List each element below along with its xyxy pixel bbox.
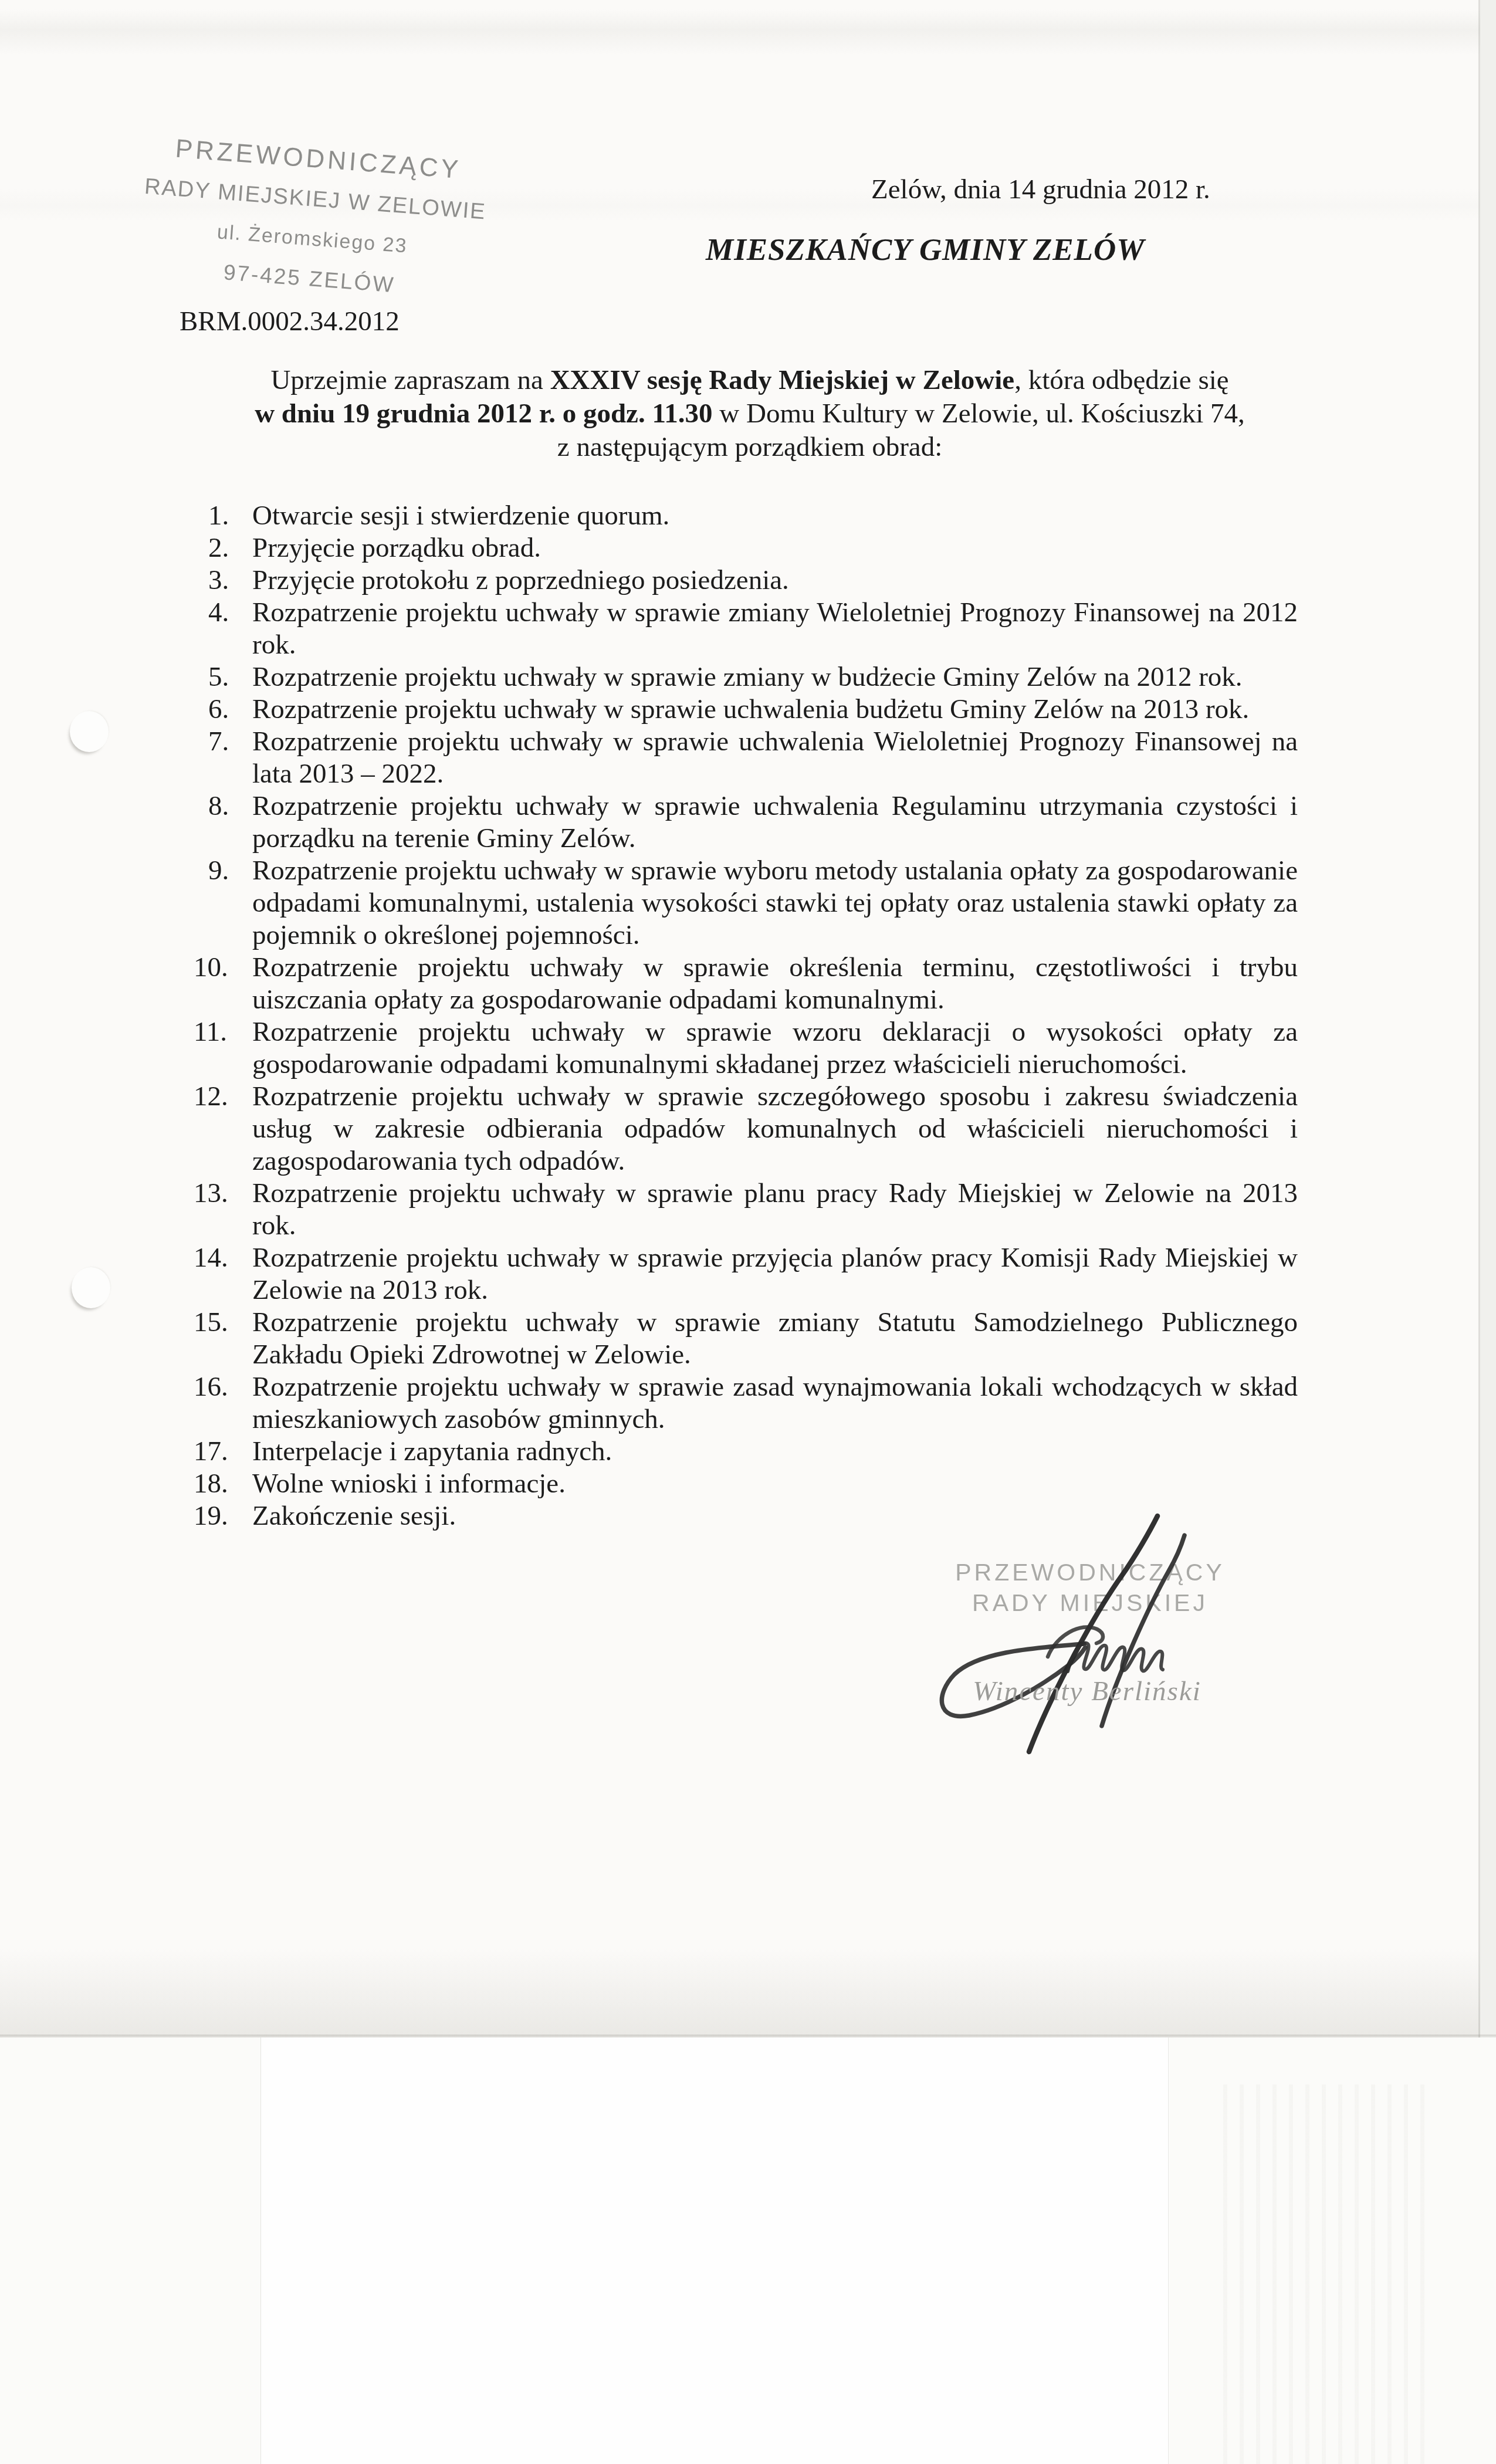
agenda-item-text: Przyjęcie protokołu z poprzedniego posie… — [252, 565, 789, 595]
agenda-item: 14.Rozpatrzenie projektu uchwały w spraw… — [194, 1242, 1298, 1307]
agenda-item-number: 15. — [194, 1307, 249, 1339]
addressee-title: MIESZKAŃCY GMINY ZELÓW — [706, 232, 1145, 268]
agenda-item-text: Interpelacje i zapytania radnych. — [252, 1436, 612, 1467]
agenda-item-number: 1. — [208, 500, 264, 532]
agenda-item-number: 14. — [194, 1242, 249, 1274]
agenda-item: 15.Rozpatrzenie projektu uchwały w spraw… — [194, 1307, 1298, 1371]
agenda-item: 18.Wolne wnioski i informacje. — [194, 1468, 1298, 1500]
agenda-item-text: Rozpatrzenie projektu uchwały w sprawie … — [252, 1081, 1298, 1176]
agenda-list: 1.Otwarcie sesji i stwierdzenie quorum.2… — [194, 500, 1298, 1532]
agenda-item: 13.Rozpatrzenie projektu uchwały w spraw… — [194, 1177, 1298, 1242]
intro-segment: Uprzejmie zapraszam na — [270, 365, 550, 395]
agenda-item-text: Zakończenie sesji. — [252, 1501, 456, 1531]
agenda-item: 16.Rozpatrzenie projektu uchwały w spraw… — [194, 1371, 1298, 1436]
handwritten-signature — [898, 1496, 1250, 1778]
intro-line: Uprzejmie zapraszam na XXXIV sesję Rady … — [204, 364, 1295, 397]
agenda-item-number: 10. — [194, 952, 249, 984]
intro-line: z następującym porządkiem obrad: — [204, 431, 1295, 464]
invitation-intro: Uprzejmie zapraszam na XXXIV sesję Rady … — [204, 364, 1295, 464]
agenda-item: 5.Rozpatrzenie projektu uchwały w sprawi… — [194, 661, 1298, 693]
agenda-item: 7.Rozpatrzenie projektu uchwały w sprawi… — [194, 726, 1298, 790]
agenda-item-number: 6. — [208, 693, 264, 726]
agenda-item-number: 17. — [194, 1436, 249, 1468]
agenda-item-text: Rozpatrzenie projektu uchwały w sprawie … — [252, 597, 1298, 660]
agenda-item-text: Otwarcie sesji i stwierdzenie quorum. — [252, 500, 669, 531]
scanner-background — [0, 2037, 1496, 2464]
agenda-item-number: 3. — [208, 564, 264, 597]
agenda-item: 2.Przyjęcie porządku obrad. — [194, 532, 1298, 564]
agenda-item-text: Rozpatrzenie projektu uchwały w sprawie … — [252, 1243, 1298, 1305]
agenda-item-text: Rozpatrzenie projektu uchwały w sprawie … — [252, 952, 1298, 1015]
intro-segment: z następującym porządkiem obrad: — [557, 432, 942, 462]
scan-noise-band-bottom — [0, 1948, 1496, 2037]
agenda-item-text: Wolne wnioski i informacje. — [252, 1468, 566, 1499]
scan-edge-line — [1478, 0, 1480, 2037]
hole-punch-mark — [72, 1267, 110, 1308]
agenda-item-text: Rozpatrzenie projektu uchwały w sprawie … — [252, 791, 1298, 854]
intro-bold-segment: w dniu 19 grudnia 2012 r. o godz. 11.30 — [255, 398, 712, 429]
underlying-sheet-edge — [260, 2037, 1169, 2464]
scanned-letter-page: PRZEWODNICZĄCYRADY MIEJSKIEJ W ZELOWIEul… — [0, 0, 1496, 2037]
sender-address-stamp: PRZEWODNICZĄCYRADY MIEJSKIEJ W ZELOWIEul… — [132, 127, 495, 312]
agenda-item-number: 13. — [194, 1177, 249, 1210]
intro-line: w dniu 19 grudnia 2012 r. o godz. 11.30 … — [204, 397, 1295, 431]
agenda-item-text: Rozpatrzenie projektu uchwały w sprawie … — [252, 694, 1249, 725]
agenda-item-text: Rozpatrzenie projektu uchwały w sprawie … — [252, 855, 1298, 950]
agenda-item-text: Rozpatrzenie projektu uchwały w sprawie … — [252, 662, 1243, 692]
agenda-item: 17.Interpelacje i zapytania radnych. — [194, 1436, 1298, 1468]
scan-edge-strip — [1480, 0, 1496, 2037]
date-line: Zelów, dnia 14 grudnia 2012 r. — [871, 174, 1210, 205]
agenda-item-number: 19. — [194, 1500, 249, 1532]
document-scan: { "header": { "date_line": "Zelów, dnia … — [0, 0, 1496, 2464]
agenda-item: 11.Rozpatrzenie projektu uchwały w spraw… — [194, 1016, 1298, 1081]
agenda-item-text: Rozpatrzenie projektu uchwały w sprawie … — [252, 1307, 1298, 1370]
hole-punch-mark — [70, 711, 109, 752]
scan-streaks — [1223, 2084, 1429, 2464]
agenda-item-text: Rozpatrzenie projektu uchwały w sprawie … — [252, 1372, 1298, 1434]
agenda-item-number: 5. — [208, 661, 264, 693]
agenda-item: 3.Przyjęcie protokołu z poprzedniego pos… — [194, 564, 1298, 597]
agenda-item: 8.Rozpatrzenie projektu uchwały w sprawi… — [194, 790, 1298, 855]
agenda-item-number: 9. — [208, 855, 264, 887]
intro-bold-segment: XXXIV sesję Rady Miejskiej w Zelowie — [550, 365, 1015, 395]
agenda-item-text: Rozpatrzenie projektu uchwały w sprawie … — [252, 1017, 1298, 1079]
agenda-item-text: Rozpatrzenie projektu uchwały w sprawie … — [252, 726, 1298, 789]
agenda-item: 10.Rozpatrzenie projektu uchwały w spraw… — [194, 952, 1298, 1016]
scan-noise-band-top — [0, 9, 1496, 55]
agenda-item-number: 12. — [194, 1081, 249, 1113]
intro-segment: , która odbędzie się — [1014, 365, 1228, 395]
agenda-item-number: 11. — [194, 1016, 249, 1048]
reference-number: BRM.0002.34.2012 — [180, 306, 400, 337]
agenda-item: 1.Otwarcie sesji i stwierdzenie quorum. — [194, 500, 1298, 532]
agenda-item-number: 4. — [208, 597, 264, 629]
agenda-item-text: Przyjęcie porządku obrad. — [252, 533, 541, 563]
signer-name: Wincenty Berliński — [929, 1676, 1245, 1707]
agenda-item: 6.Rozpatrzenie projektu uchwały w sprawi… — [194, 693, 1298, 726]
agenda-item: 12.Rozpatrzenie projektu uchwały w spraw… — [194, 1081, 1298, 1177]
agenda-item-number: 7. — [208, 726, 264, 758]
agenda-item-number: 18. — [194, 1468, 249, 1500]
agenda-item: 4.Rozpatrzenie projektu uchwały w sprawi… — [194, 597, 1298, 661]
agenda-item-number: 16. — [194, 1371, 249, 1403]
intro-segment: w Domu Kultury w Zelowie, ul. Kościuszki… — [713, 398, 1245, 429]
agenda-item-number: 2. — [208, 532, 264, 564]
agenda-item: 9.Rozpatrzenie projektu uchwały w sprawi… — [194, 855, 1298, 952]
agenda-item-number: 8. — [208, 790, 264, 823]
agenda-item-text: Rozpatrzenie projektu uchwały w sprawie … — [252, 1178, 1298, 1241]
